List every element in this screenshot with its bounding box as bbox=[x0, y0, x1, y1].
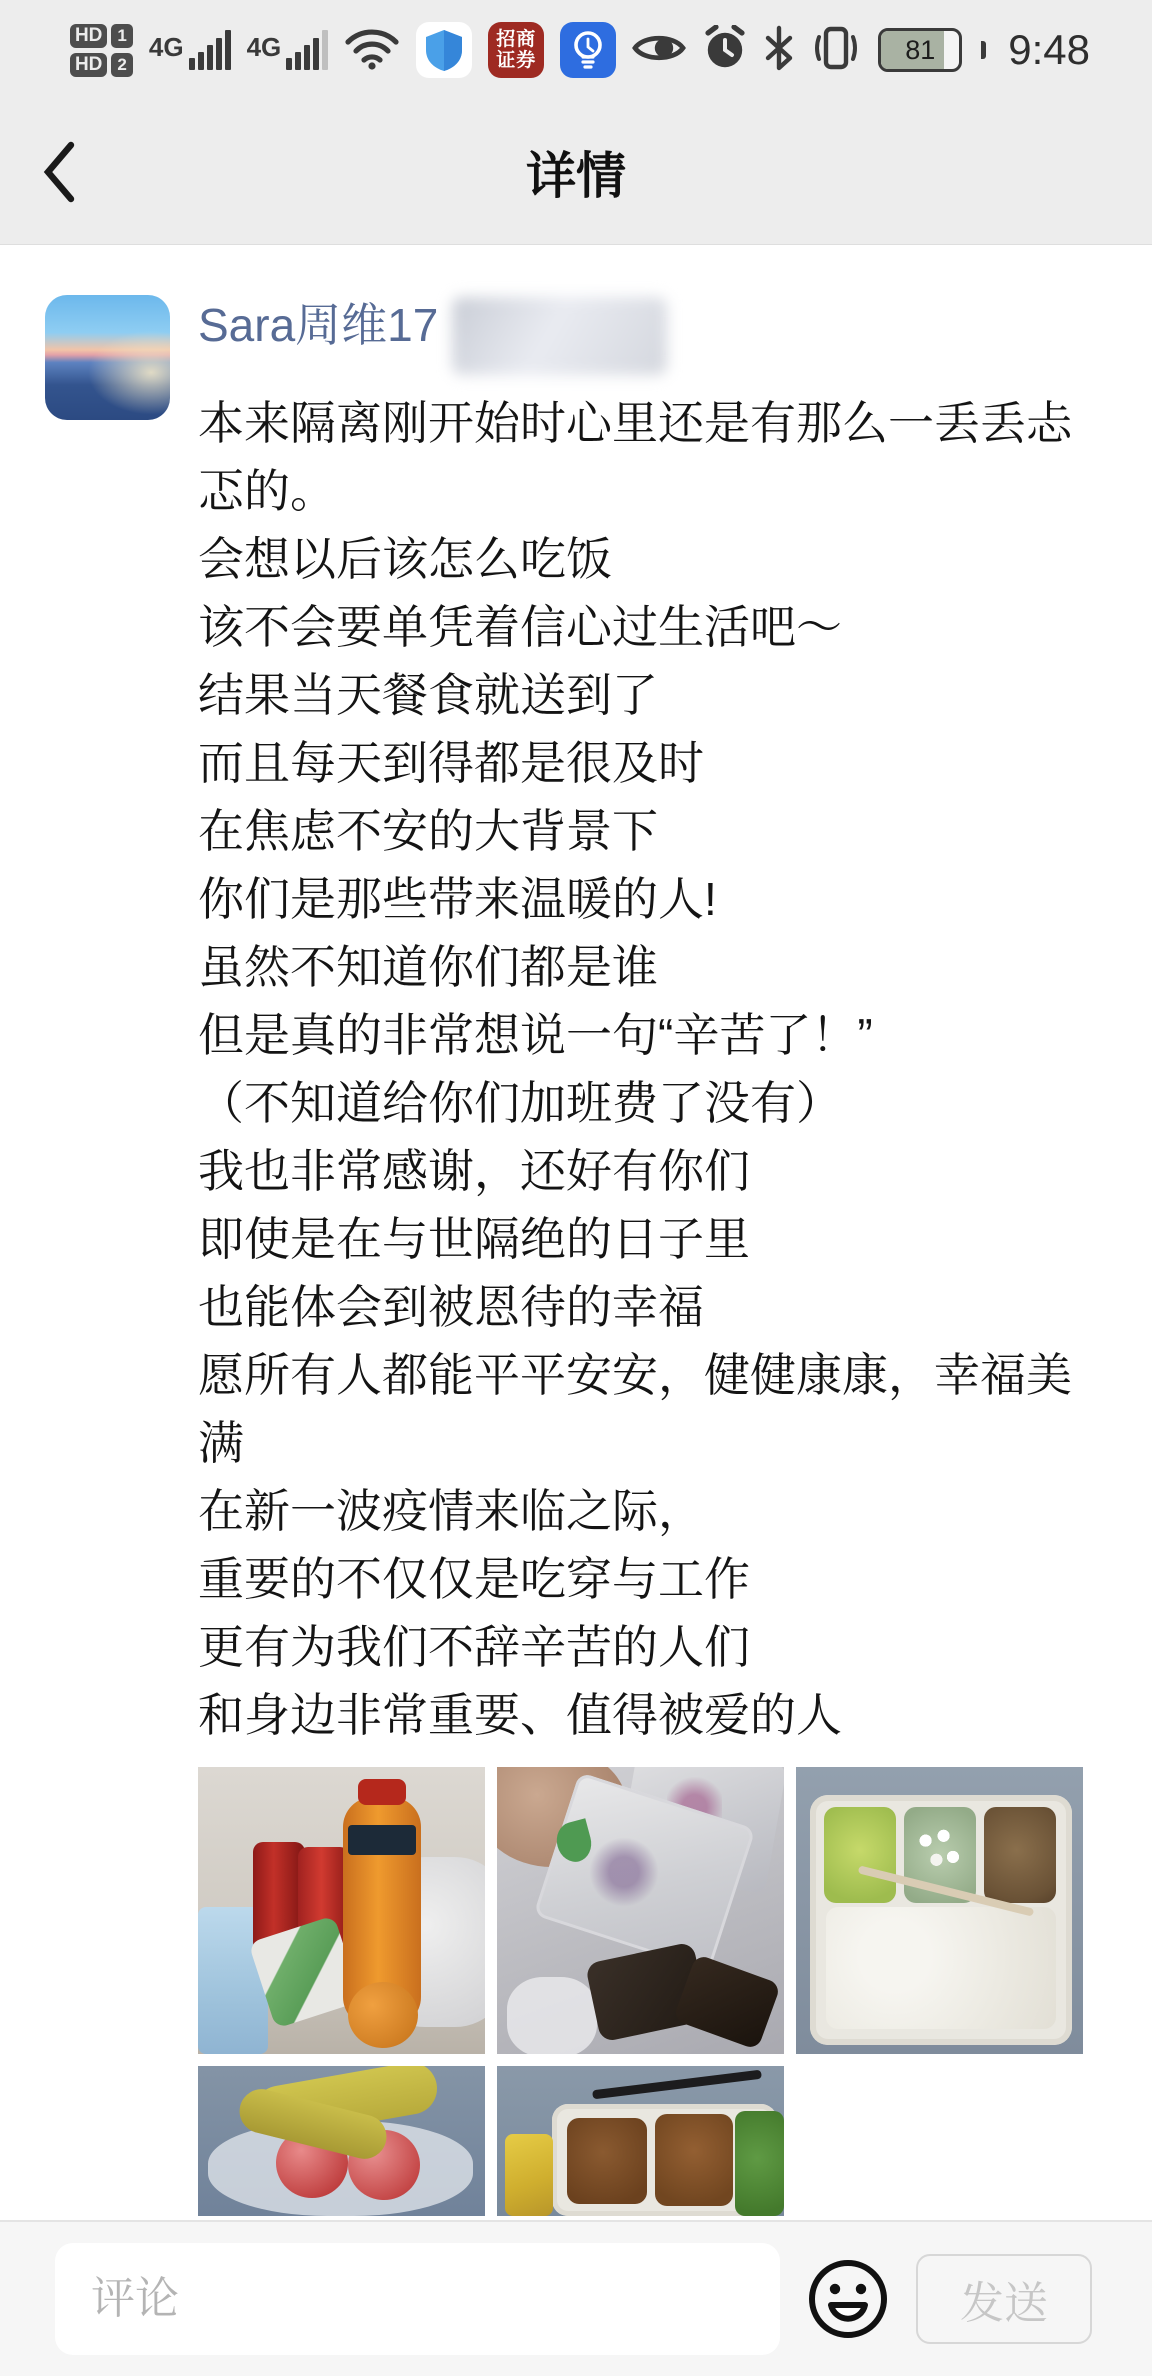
redacted-name-blur bbox=[452, 297, 667, 375]
username[interactable]: Sara周维17 bbox=[198, 295, 438, 355]
status-bar: HD 1 HD 2 4G 4G bbox=[0, 0, 1152, 100]
photo-drinks[interactable] bbox=[198, 1767, 485, 2054]
bluetooth-icon bbox=[764, 25, 794, 76]
alarm-icon bbox=[702, 25, 748, 76]
battery-nub bbox=[981, 41, 986, 59]
avatar[interactable] bbox=[45, 295, 170, 420]
post-content: Sara周维17 本来隔离刚开始时心里还是有那么一丢丢忐 忑的。 会想以后该怎么… bbox=[198, 295, 1130, 2228]
wifi-icon bbox=[344, 26, 400, 75]
smiley-icon bbox=[806, 2257, 890, 2341]
volte-hd-icon: HD 1 HD 2 bbox=[70, 24, 133, 77]
back-button[interactable] bbox=[42, 137, 86, 207]
comment-input[interactable] bbox=[55, 2243, 780, 2355]
shield-app-icon bbox=[416, 22, 472, 78]
app-screen: HD 1 HD 2 4G 4G bbox=[0, 0, 1152, 2376]
header: HD 1 HD 2 4G 4G bbox=[0, 0, 1152, 245]
page-title: 详情 bbox=[526, 136, 626, 208]
sim2-badge: 2 bbox=[111, 53, 132, 77]
signal-bars-icon bbox=[189, 30, 231, 70]
chevron-left-icon bbox=[42, 141, 76, 203]
hd-badge: HD bbox=[70, 53, 107, 77]
signal-icon-sim2: 4G bbox=[247, 30, 329, 70]
battery-icon: 81 bbox=[878, 28, 962, 72]
hd-badge: HD bbox=[70, 24, 107, 48]
nav-bar: 详情 bbox=[0, 100, 1152, 244]
photo-bento-rice[interactable] bbox=[796, 1767, 1083, 2054]
send-button[interactable]: 发送 bbox=[916, 2254, 1092, 2344]
photo-grid bbox=[198, 1767, 1130, 2216]
username-row: Sara周维17 bbox=[198, 295, 1130, 379]
bulb-app-icon bbox=[560, 22, 616, 78]
photo-bento-meat[interactable] bbox=[497, 2066, 784, 2216]
signal-icon-sim1: 4G bbox=[149, 30, 231, 70]
sim1-badge: 1 bbox=[111, 24, 132, 48]
post-text: 本来隔离刚开始时心里还是有那么一丢丢忐 忑的。 会想以后该怎么吃饭 该不会要单凭… bbox=[198, 389, 1133, 1749]
status-time: 9:48 bbox=[1008, 26, 1090, 74]
signal-bars-icon bbox=[286, 30, 328, 70]
photo-food-packets[interactable] bbox=[497, 1767, 784, 2054]
eye-icon bbox=[632, 29, 686, 72]
post: Sara周维17 本来隔离刚开始时心里还是有那么一丢丢忐 忑的。 会想以后该怎么… bbox=[0, 245, 1152, 2228]
cms-securities-app-icon: 招商 证券 bbox=[488, 22, 544, 78]
vibrate-icon bbox=[810, 25, 862, 76]
comment-bar: 发送 bbox=[0, 2220, 1152, 2376]
battery-percent: 81 bbox=[905, 35, 935, 66]
photo-fruit[interactable] bbox=[198, 2066, 485, 2216]
emoji-button[interactable] bbox=[806, 2257, 890, 2341]
